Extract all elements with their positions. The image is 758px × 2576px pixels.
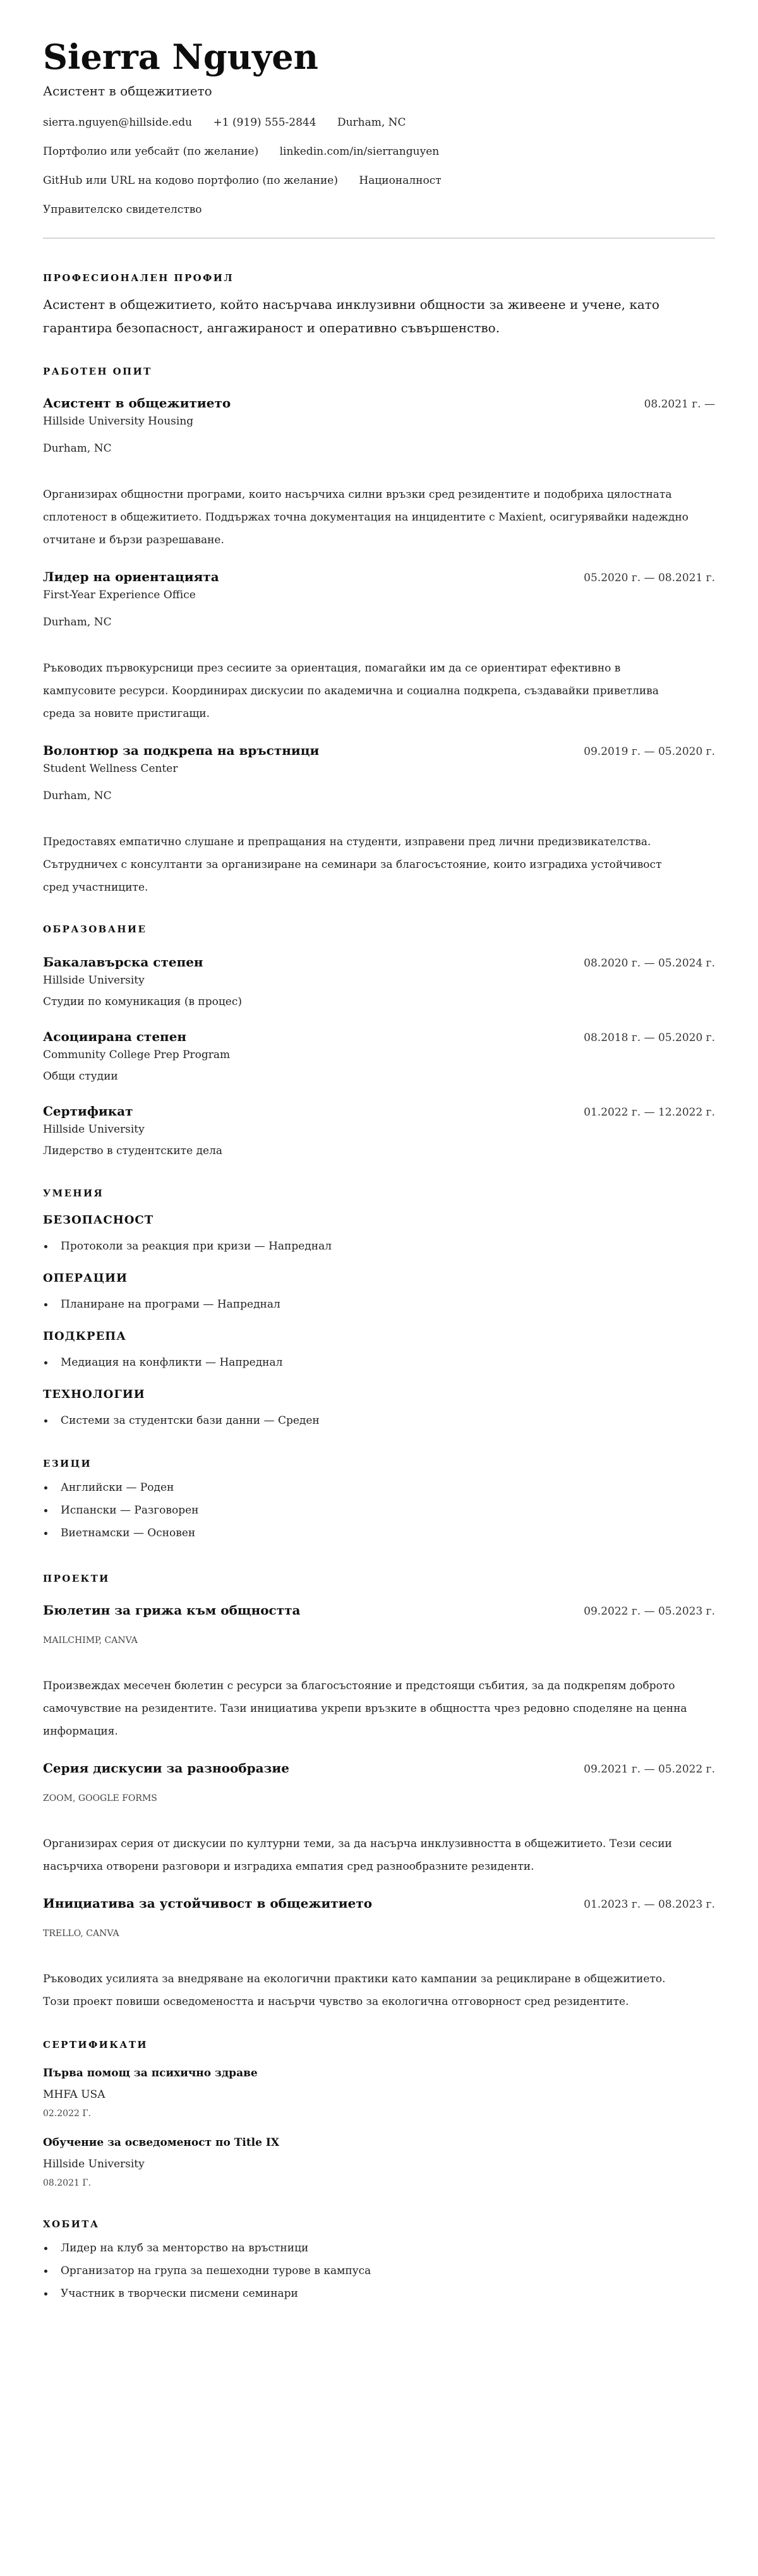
location-text: Durham, NC xyxy=(337,116,406,129)
language-item: Английски — Роден xyxy=(61,1476,715,1499)
school-name: Hillside University xyxy=(43,972,715,989)
skill-category: ТЕХНОЛОГИИСистеми за студентски бази дан… xyxy=(43,1387,715,1432)
hobby-item: Лидер на клуб за менторство на връстници xyxy=(61,2237,715,2260)
degree-title: Асоциирана степен xyxy=(43,1028,186,1045)
section-title: ПРОЕКТИ xyxy=(43,1572,715,1585)
candidate-headline: Асистент в общежитието xyxy=(43,82,715,100)
certification-date: 02.2022 г. xyxy=(43,2107,715,2121)
project-tech-stack: TRELLO, CANVA xyxy=(43,1927,715,1940)
job-dates: 09.2019 г. — 05.2020 г. xyxy=(584,743,715,761)
summary-text: Асистент в общежитието, който насърчава … xyxy=(43,293,715,340)
section-title: ХОБИТА xyxy=(43,2218,715,2230)
entry-header: Сертификат01.2022 г. — 12.2022 г. xyxy=(43,1102,715,1121)
projects-list: Бюлетин за грижа към общността09.2022 г.… xyxy=(43,1601,715,2013)
skill-list: Системи за студентски бази данни — Среде… xyxy=(43,1409,715,1432)
job-organization: Hillside University Housing xyxy=(43,413,715,430)
job-location: Durham, NC xyxy=(43,440,715,457)
job-description: Предоставях емпатично слушане и препраща… xyxy=(43,831,715,899)
section-title: РАБОТЕН ОПИТ xyxy=(43,365,715,378)
entry-header: Лидер на ориентацията05.2020 г. — 08.202… xyxy=(43,568,715,587)
job-title: Асистент в общежитието xyxy=(43,394,231,412)
field-of-study: Студии по комуникация (в процес) xyxy=(43,994,715,1010)
skill-category-title: ТЕХНОЛОГИИ xyxy=(43,1387,715,1403)
project-description: Организирах серия от дискусии по културн… xyxy=(43,1833,715,1878)
project-dates: 09.2022 г. — 05.2023 г. xyxy=(584,1603,715,1620)
skills-list: БЕЗОПАСНОСТПротоколи за реакция при криз… xyxy=(43,1212,715,1432)
project-title: Серия дискусии за разнообразие xyxy=(43,1759,289,1777)
language-item: Испански — Разговорен xyxy=(61,1499,715,1522)
skill-item: Системи за студентски бази данни — Среде… xyxy=(61,1409,715,1432)
degree-title: Бакалавърска степен xyxy=(43,953,203,971)
languages-list: Английски — РоденИспански — РазговоренВи… xyxy=(43,1476,715,1544)
entry-header: Асистент в общежитието08.2021 г. — xyxy=(43,394,715,413)
project-description: Ръководих усилията за внедряване на екол… xyxy=(43,1968,715,2013)
job-description: Ръководих първокурсници през сесиите за … xyxy=(43,657,715,725)
job-dates: 08.2021 г. — xyxy=(644,395,715,413)
project-entry: Бюлетин за грижа към общността09.2022 г.… xyxy=(43,1601,715,1743)
education-entry: Сертификат01.2022 г. — 12.2022 г.Hillsid… xyxy=(43,1102,715,1159)
project-dates: 09.2021 г. — 05.2022 г. xyxy=(584,1760,715,1778)
skill-category-title: БЕЗОПАСНОСТ xyxy=(43,1212,715,1229)
hobby-item: Организатор на група за пешеходни турове… xyxy=(61,2260,715,2282)
field-of-study: Лидерство в студентските дела xyxy=(43,1143,715,1159)
certification-issuer: MHFA USA xyxy=(43,2086,715,2103)
skill-list: Медиация на конфликти — Напреднал xyxy=(43,1351,715,1374)
job-title: Волонтюр за подкрепа на връстници xyxy=(43,742,319,759)
entry-header: Асоциирана степен08.2018 г. — 05.2020 г. xyxy=(43,1028,715,1047)
job-description: Организирах общностни програми, които на… xyxy=(43,483,715,551)
summary-section: ПРОФЕСИОНАЛЕН ПРОФИЛ Асистент в общежити… xyxy=(43,272,715,340)
linkedin-link[interactable]: linkedin.com/in/sierranguyen xyxy=(280,145,440,158)
education-entry: Асоциирана степен08.2018 г. — 05.2020 г.… xyxy=(43,1028,715,1085)
project-entry: Инициатива за устойчивост в общежитието0… xyxy=(43,1894,715,2013)
certification-date: 08.2021 г. xyxy=(43,2176,715,2190)
projects-section: ПРОЕКТИ Бюлетин за грижа към общността09… xyxy=(43,1572,715,2013)
job-organization: Student Wellness Center xyxy=(43,761,715,777)
section-title: СЕРТИФИКАТИ xyxy=(43,2038,715,2051)
email-link[interactable]: sierra.nguyen@hillside.edu xyxy=(43,116,192,129)
skill-list: Протоколи за реакция при кризи — Напредн… xyxy=(43,1235,715,1258)
entry-header: Серия дискусии за разнообразие09.2021 г.… xyxy=(43,1759,715,1778)
education-section: ОБРАЗОВАНИЕ Бакалавърска степен08.2020 г… xyxy=(43,923,715,1159)
entry-header: Бюлетин за грижа към общността09.2022 г.… xyxy=(43,1601,715,1620)
entry-header: Волонтюр за подкрепа на връстници09.2019… xyxy=(43,742,715,761)
contact-info: sierra.nguyen@hillside.edu +1 (919) 555-… xyxy=(43,115,715,217)
entry-header: Инициатива за устойчивост в общежитието0… xyxy=(43,1894,715,1913)
contact-row: sierra.nguyen@hillside.edu +1 (919) 555-… xyxy=(43,115,715,130)
phone-link[interactable]: +1 (919) 555-2844 xyxy=(213,116,316,129)
section-title: УМЕНИЯ xyxy=(43,1187,715,1200)
nationality-text: Националност xyxy=(359,174,441,187)
school-name: Community College Prep Program xyxy=(43,1047,715,1063)
job-dates: 05.2020 г. — 08.2021 г. xyxy=(584,569,715,587)
project-description: Произвеждах месечен бюлетин с ресурси за… xyxy=(43,1675,715,1743)
education-list: Бакалавърска степен08.2020 г. — 05.2024 … xyxy=(43,953,715,1159)
section-title: ОБРАЗОВАНИЕ xyxy=(43,923,715,936)
certification-name: Първа помощ за психично здраве xyxy=(43,2065,715,2081)
drivers-license-text: Управителско свидетелство xyxy=(43,203,202,216)
field-of-study: Общи студии xyxy=(43,1068,715,1085)
experience-entry: Волонтюр за подкрепа на връстници09.2019… xyxy=(43,742,715,899)
hobby-item: Участник в творчески писмени семинари xyxy=(61,2282,715,2305)
education-dates: 08.2018 г. — 05.2020 г. xyxy=(584,1029,715,1047)
hobbies-section: ХОБИТА Лидер на клуб за менторство на вр… xyxy=(43,2218,715,2305)
resume-header: Sierra Nguyen Асистент в общежитието sie… xyxy=(43,37,715,217)
languages-section: ЕЗИЦИ Английски — РоденИспански — Разгов… xyxy=(43,1457,715,1544)
skill-category: ОПЕРАЦИИПланиране на програми — Напредна… xyxy=(43,1270,715,1316)
section-title: ЕЗИЦИ xyxy=(43,1457,715,1470)
experience-entry: Асистент в общежитието08.2021 г. —Hillsi… xyxy=(43,394,715,551)
certification-entry: Първа помощ за психично здравеMHFA USA02… xyxy=(43,2065,715,2121)
school-name: Hillside University xyxy=(43,1121,715,1138)
hobbies-list: Лидер на клуб за менторство на връстници… xyxy=(43,2237,715,2305)
portfolio-link[interactable]: Портфолио или уебсайт (по желание) xyxy=(43,145,258,158)
skill-category-title: ПОДКРЕПА xyxy=(43,1328,715,1345)
skill-item: Медиация на конфликти — Напреднал xyxy=(61,1351,715,1374)
skill-category: БЕЗОПАСНОСТПротоколи за реакция при криз… xyxy=(43,1212,715,1258)
skill-list: Планиране на програми — Напреднал xyxy=(43,1293,715,1316)
job-organization: First-Year Experience Office xyxy=(43,587,715,603)
skill-item: Планиране на програми — Напреднал xyxy=(61,1293,715,1316)
job-title: Лидер на ориентацията xyxy=(43,568,219,586)
resume-page: Sierra Nguyen Асистент в общежитието sie… xyxy=(0,0,758,2330)
contact-row: Управителско свидетелство xyxy=(43,202,715,217)
candidate-name: Sierra Nguyen xyxy=(43,37,715,77)
skill-category-title: ОПЕРАЦИИ xyxy=(43,1270,715,1287)
education-dates: 08.2020 г. — 05.2024 г. xyxy=(584,954,715,972)
project-entry: Серия дискусии за разнообразие09.2021 г.… xyxy=(43,1759,715,1878)
project-title: Инициатива за устойчивост в общежитието xyxy=(43,1894,372,1912)
certifications-section: СЕРТИФИКАТИ Първа помощ за психично здра… xyxy=(43,2038,715,2190)
project-dates: 01.2023 г. — 08.2023 г. xyxy=(584,1896,715,1913)
project-title: Бюлетин за грижа към общността xyxy=(43,1601,300,1619)
degree-title: Сертификат xyxy=(43,1102,133,1120)
education-entry: Бакалавърска степен08.2020 г. — 05.2024 … xyxy=(43,953,715,1010)
contact-row: Портфолио или уебсайт (по желание) linke… xyxy=(43,144,715,159)
experience-list: Асистент в общежитието08.2021 г. —Hillsi… xyxy=(43,394,715,899)
certification-name: Обучение за осведоменост по Title IX xyxy=(43,2134,715,2151)
skill-item: Протоколи за реакция при кризи — Напредн… xyxy=(61,1235,715,1258)
project-tech-stack: ZOOM, GOOGLE FORMS xyxy=(43,1792,715,1805)
job-location: Durham, NC xyxy=(43,788,715,804)
contact-row: GitHub или URL на кодово портфолио (по ж… xyxy=(43,173,715,188)
language-item: Виетнамски — Основен xyxy=(61,1522,715,1544)
certification-entry: Обучение за осведоменост по Title IXHill… xyxy=(43,2134,715,2190)
education-dates: 01.2022 г. — 12.2022 г. xyxy=(584,1104,715,1121)
skill-category: ПОДКРЕПАМедиация на конфликти — Напредна… xyxy=(43,1328,715,1374)
experience-section: РАБОТЕН ОПИТ Асистент в общежитието08.20… xyxy=(43,365,715,899)
skills-section: УМЕНИЯ БЕЗОПАСНОСТПротоколи за реакция п… xyxy=(43,1187,715,1432)
header-divider xyxy=(43,238,715,239)
certifications-list: Първа помощ за психично здравеMHFA USA02… xyxy=(43,2065,715,2190)
job-location: Durham, NC xyxy=(43,614,715,630)
certification-issuer: Hillside University xyxy=(43,2156,715,2172)
section-title: ПРОФЕСИОНАЛЕН ПРОФИЛ xyxy=(43,272,715,284)
project-tech-stack: MAILCHIMP, CANVA xyxy=(43,1634,715,1647)
experience-entry: Лидер на ориентацията05.2020 г. — 08.202… xyxy=(43,568,715,725)
entry-header: Бакалавърска степен08.2020 г. — 05.2024 … xyxy=(43,953,715,972)
github-link[interactable]: GitHub или URL на кодово портфолио (по ж… xyxy=(43,174,338,187)
